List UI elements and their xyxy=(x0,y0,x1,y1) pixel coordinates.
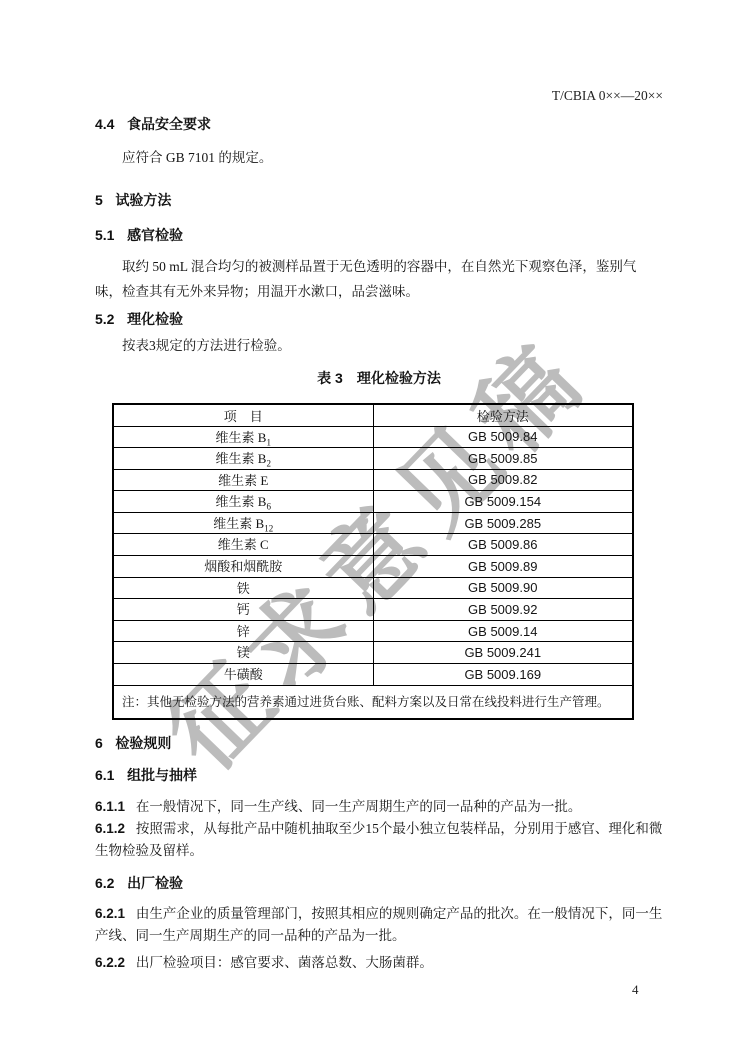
method-cell: GB 5009.14 xyxy=(373,620,633,642)
doc-code-header: T/CBIA 0××—20×× xyxy=(95,0,663,103)
clause-6-1-1-number: 6.1.1 xyxy=(95,799,125,814)
method-cell: GB 5009.169 xyxy=(373,664,633,686)
method-cell: GB 5009.86 xyxy=(373,534,633,556)
table-row: 钙 GB 5009.92 xyxy=(113,599,633,621)
heading-5-2-title: 理化检验 xyxy=(127,311,183,327)
heading-6-2-number: 6.2 xyxy=(95,875,114,891)
clause-4-4-body: 应符合 GB 7101 的规定。 xyxy=(95,149,663,167)
table-row: 维生素 E GB 5009.82 xyxy=(113,469,633,491)
heading-6-title: 检验规则 xyxy=(115,735,171,751)
heading-5-title: 试验方法 xyxy=(115,192,171,208)
item-cell: 维生素 C xyxy=(113,534,373,556)
heading-6-2-title: 出厂检验 xyxy=(127,875,183,891)
col-header-method: 检验方法 xyxy=(373,404,633,426)
heading-5-1: 5.1感官检验 xyxy=(95,226,663,244)
table-row: 牛磺酸 GB 5009.169 xyxy=(113,664,633,686)
heading-5-2-number: 5.2 xyxy=(95,311,114,327)
clause-5-2-body: 按表3规定的方法进行检验。 xyxy=(95,337,663,355)
clause-6-1-2-text: 按照需求，从每批产品中随机抽取至少15个最小独立包装样品，分别用于感官、理化和微… xyxy=(95,821,662,858)
item-cell: 铁 xyxy=(113,577,373,599)
heading-5-1-number: 5.1 xyxy=(95,227,114,243)
table-row: 烟酸和烟酰胺 GB 5009.89 xyxy=(113,556,633,578)
heading-4-4-number: 4.4 xyxy=(95,116,114,132)
method-cell: GB 5009.84 xyxy=(373,426,633,448)
item-cell: 锌 xyxy=(113,620,373,642)
method-cell: GB 5009.241 xyxy=(373,642,633,664)
heading-6-1-title: 组批与抽样 xyxy=(127,767,197,783)
table-row: 维生素 C GB 5009.86 xyxy=(113,534,633,556)
table-note-row: 注：其他无检验方法的营养素通过进货台账、配料方案以及日常在线投料进行生产管理。 xyxy=(113,685,633,719)
clause-6-1-2: 6.1.2按照需求，从每批产品中随机抽取至少15个最小独立包装样品，分别用于感官… xyxy=(95,818,663,862)
heading-6-1: 6.1组批与抽样 xyxy=(95,766,663,784)
item-subscript: 2 xyxy=(266,459,271,469)
heading-5: 5试验方法 xyxy=(95,191,663,209)
item-cell: 钙 xyxy=(113,599,373,621)
clause-6-2-1-text: 由生产企业的质量管理部门，按照其相应的规则确定产品的批次。在一般情况下，同一生产… xyxy=(95,906,662,943)
item-cell: 维生素 B1 xyxy=(113,426,373,448)
heading-5-number: 5 xyxy=(95,192,103,208)
heading-5-1-title: 感官检验 xyxy=(127,227,183,243)
heading-4-4-title: 食品安全要求 xyxy=(127,116,211,132)
clause-6-2-2-text: 出厂检验项目：感官要求、菌落总数、大肠菌群。 xyxy=(136,955,433,970)
clause-6-2-1-number: 6.2.1 xyxy=(95,906,125,921)
item-cell: 烟酸和烟酰胺 xyxy=(113,556,373,578)
heading-5-2: 5.2理化检验 xyxy=(95,310,663,328)
item-cell: 维生素 B2 xyxy=(113,448,373,470)
item-cell: 维生素 E xyxy=(113,469,373,491)
item-cell: 维生素 B12 xyxy=(113,512,373,534)
method-cell: GB 5009.285 xyxy=(373,512,633,534)
table-3-caption: 表 3 理化检验方法 xyxy=(95,369,663,387)
clause-6-1-2-number: 6.1.2 xyxy=(95,821,125,836)
item-cell: 维生素 B6 xyxy=(113,491,373,513)
page-number: 4 xyxy=(632,982,639,998)
method-cell: GB 5009.92 xyxy=(373,599,633,621)
clause-6-2-2: 6.2.2出厂检验项目：感官要求、菌落总数、大肠菌群。 xyxy=(95,952,663,974)
clause-6-2-1: 6.2.1由生产企业的质量管理部门，按照其相应的规则确定产品的批次。在一般情况下… xyxy=(95,903,663,947)
document-content: T/CBIA 0××—20×× 4.4食品安全要求 应符合 GB 7101 的规… xyxy=(95,0,663,974)
physicochemical-test-methods-table: 项 目 检验方法 维生素 B1 GB 5009.84 维生素 B2 GB 500… xyxy=(112,403,634,720)
method-cell: GB 5009.90 xyxy=(373,577,633,599)
item-cell: 牛磺酸 xyxy=(113,664,373,686)
heading-6-1-number: 6.1 xyxy=(95,767,114,783)
method-cell: GB 5009.85 xyxy=(373,448,633,470)
clause-5-1-body: 取约 50 mL 混合均匀的被测样品置于无色透明的容器中，在自然光下观察色泽，鉴… xyxy=(95,254,663,304)
method-cell: GB 5009.82 xyxy=(373,469,633,491)
heading-6-number: 6 xyxy=(95,735,103,751)
table-note: 注：其他无检验方法的营养素通过进货台账、配料方案以及日常在线投料进行生产管理。 xyxy=(113,685,633,719)
method-cell: GB 5009.154 xyxy=(373,491,633,513)
col-header-item: 项 目 xyxy=(113,404,373,426)
item-subscript: 12 xyxy=(264,523,273,533)
table-row: 镁 GB 5009.241 xyxy=(113,642,633,664)
table-row: 维生素 B1 GB 5009.84 xyxy=(113,426,633,448)
heading-6-2: 6.2出厂检验 xyxy=(95,874,663,892)
method-cell: GB 5009.89 xyxy=(373,556,633,578)
clause-6-1-1-text: 在一般情况下，同一生产线、同一生产周期生产的同一品种的产品为一批。 xyxy=(136,799,582,814)
item-subscript: 6 xyxy=(266,502,271,512)
table-row: 维生素 B6 GB 5009.154 xyxy=(113,491,633,513)
heading-6: 6检验规则 xyxy=(95,734,663,752)
heading-4-4: 4.4食品安全要求 xyxy=(95,115,663,133)
table-header-row: 项 目 检验方法 xyxy=(113,404,633,426)
document-page: 征求意见稿 T/CBIA 0××—20×× 4.4食品安全要求 应符合 GB 7… xyxy=(0,0,745,1053)
table-row: 维生素 B12 GB 5009.285 xyxy=(113,512,633,534)
item-subscript: 1 xyxy=(266,437,271,447)
clause-6-2-2-number: 6.2.2 xyxy=(95,955,125,970)
table-row: 锌 GB 5009.14 xyxy=(113,620,633,642)
table-row: 铁 GB 5009.90 xyxy=(113,577,633,599)
table-row: 维生素 B2 GB 5009.85 xyxy=(113,448,633,470)
clause-6-1-1: 6.1.1在一般情况下，同一生产线、同一生产周期生产的同一品种的产品为一批。 xyxy=(95,796,663,818)
item-cell: 镁 xyxy=(113,642,373,664)
